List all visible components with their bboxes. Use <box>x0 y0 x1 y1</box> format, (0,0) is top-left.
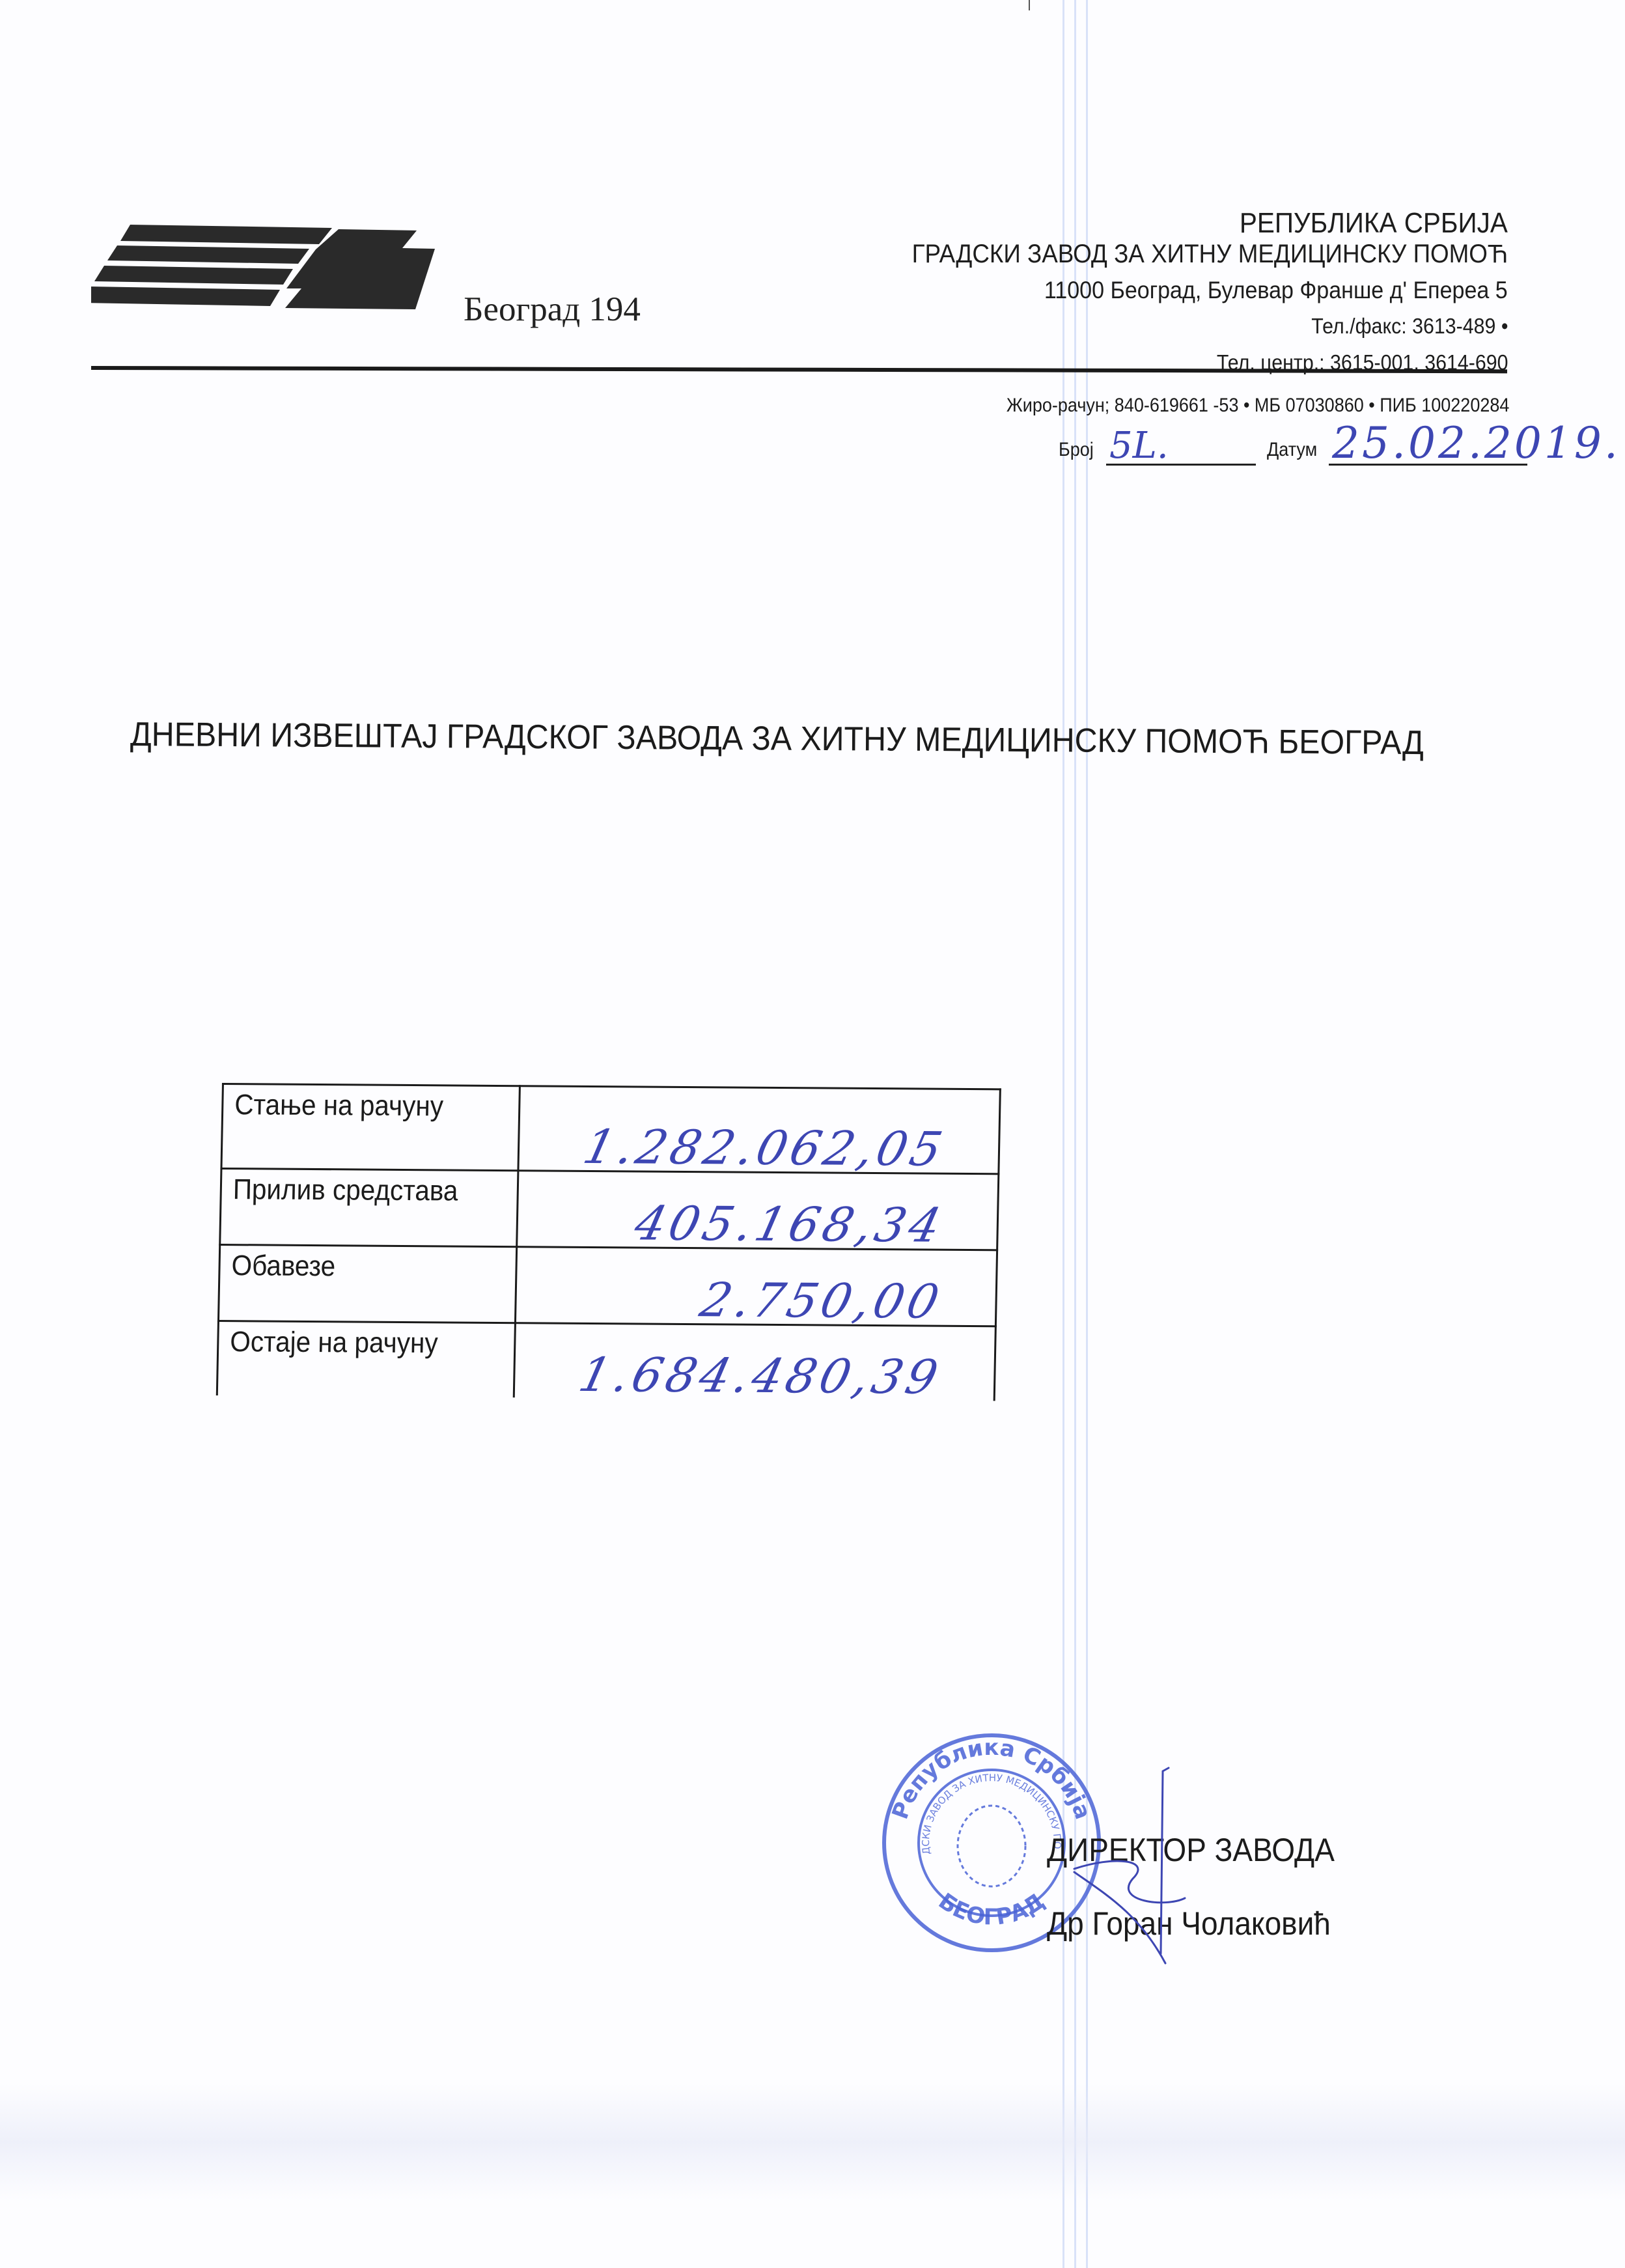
number-handwritten: 5L. <box>1109 425 1169 467</box>
table-row: Остаје на рачуну 1.684.480,39 <box>216 1320 997 1401</box>
row-value: 405.168,34 <box>630 1196 950 1253</box>
handwritten-signature <box>1035 1758 1374 1967</box>
republic-heading: РЕПУБЛИКА СРБИЈА <box>1240 207 1508 240</box>
report-title: ДНЕВНИ ИЗВЕШТАЈ ГРАДСКОГ ЗАВОДА ЗА ХИТНУ… <box>130 715 1396 763</box>
date-label: Датум <box>1267 439 1317 461</box>
institution-name: ГРАДСКИ ЗАВОД ЗА ХИТНУ МЕДИЦИНСКУ ПОМОЋ <box>911 240 1508 269</box>
account-info-line: Жиро-рачун; 840-619661 -53 • МБ 07030860… <box>1006 395 1509 417</box>
address-line: 11000 Београд, Булевар Франше д' Еперea … <box>1044 277 1508 304</box>
document-page: Београд 194 РЕПУБЛИКА СРБИЈА ГРАДСКИ ЗАВ… <box>0 0 1625 2268</box>
row-label: Обавезе <box>231 1250 335 1283</box>
row-value: 1.282.062,05 <box>578 1119 951 1177</box>
row-value: 2.750,00 <box>695 1272 948 1328</box>
svg-text:БЕОГРАД: БЕОГРАД <box>934 1888 1049 1931</box>
table-row: Прилив средстава 405.168,34 <box>219 1168 999 1249</box>
scan-mark <box>1029 0 1030 10</box>
city-postal-label: Београд 194 <box>464 290 641 329</box>
institution-logo-icon <box>91 225 443 313</box>
number-label: Број <box>1059 439 1094 461</box>
reference-row: Број 5L. Датум 25.02.2019. <box>935 430 1521 475</box>
date-handwritten: 25.02.2019. <box>1332 418 1620 468</box>
row-label: Прилив средстава <box>232 1173 458 1207</box>
table-row: Обавезе 2.750,00 <box>217 1244 998 1325</box>
table-row: Стање на рачуну 1.282.062,05 <box>221 1083 1001 1173</box>
row-label: Остаје на рачуну <box>230 1326 438 1360</box>
balance-table: Стање на рачуну 1.282.062,05 Прилив сред… <box>216 1083 1001 1401</box>
row-value: 1.684.480,39 <box>574 1347 947 1405</box>
row-label: Стање на рачуну <box>234 1089 444 1123</box>
phone-fax-line: Тел./факс: 3613-489 • <box>1311 314 1508 339</box>
scan-shading <box>0 2084 1625 2201</box>
